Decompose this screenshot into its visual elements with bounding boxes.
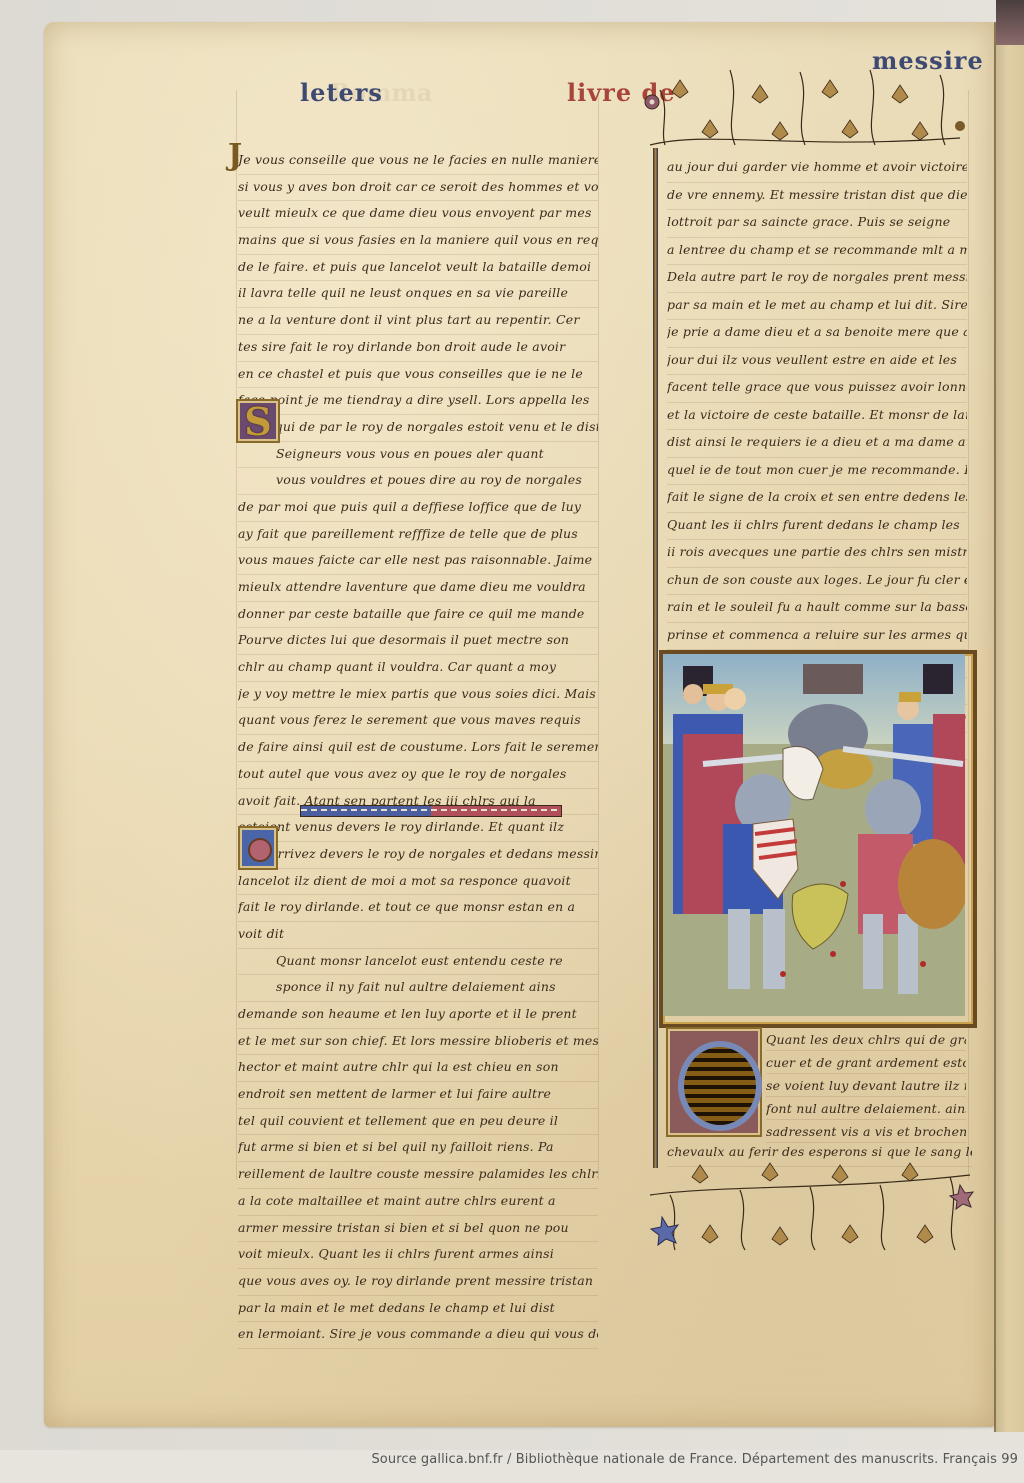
text-line: que vous aves oy. le roy dirlande prent … [238,1269,598,1296]
text-line: et le met sur son chief. Et lors messire… [238,1029,598,1056]
text-line: endroit sen mettent de larmer et lui fai… [238,1082,598,1109]
text-line: estoient venus devers le roy dirlande. E… [238,815,598,842]
text-line: rain et le souleil fu a hault comme sur … [667,595,967,623]
text-line: Pourve dictes lui que desormais il puet … [238,628,598,655]
text-line: dist ainsi le requiers ie a dieu et a ma… [667,430,967,458]
text-line: tout autel que vous avez oy que le roy d… [238,762,598,789]
decorated-initial-s: S [236,399,280,443]
text-line: donner par ceste bataille que faire ce q… [238,602,598,629]
text-line: il lavra telle quil ne leust onques en s… [238,281,598,308]
decorated-initial-q [238,826,278,870]
rosette-icon [248,838,272,862]
text-line: de par moi que puis quil a deffiese loff… [238,495,598,522]
text-line: en ce chastel et puis que vous conseille… [238,362,598,389]
text-line: Je vous conseille que vous ne le facies … [238,148,598,175]
text-line: armer messire tristan si bien et si bel … [238,1216,598,1243]
text-line: si vous y aves bon droit car ce seroit d… [238,175,598,202]
floral-border-top [630,60,970,155]
text-line: ay fait que pareillement refffize de tel… [238,522,598,549]
text-line: au jour dui garder vie homme et avoir vi… [667,155,967,183]
source-caption: Source gallica.bnf.fr / Bibliothèque nat… [371,1452,1018,1467]
text-line: mains que si vous fasies en la maniere q… [238,228,598,255]
text-line: Quant monsr lancelot eust entendu ceste … [238,949,598,976]
running-head-left: leters [300,78,383,107]
text-line: fait le signe de la croix et sen entre d… [667,485,967,513]
line-filler-band [300,805,562,817]
text-line: vous vouldres et poues dire au roy de no… [238,468,598,495]
decorated-initial-q-large [666,1027,762,1137]
column-border [653,148,658,1168]
text-line: sponce il ny fait nul aultre delaiement … [238,975,598,1002]
text-line: face point je me tiendray a dire ysell. … [238,388,598,415]
text-line: je y voy mettre le miex partis que vous … [238,682,598,709]
ruling-line [598,90,599,1180]
text-line: veult mieulx ce que dame dieu vous envoy… [238,201,598,228]
text-line: prinse et commenca a reluire sur les arm… [667,623,967,651]
text-line: Dela autre part le roy de norgales prent… [667,265,967,293]
text-line: Quant les ii chlrs furent dedans le cham… [667,513,967,541]
text-line: fait le roy dirlande. et tout ce que mon… [238,895,598,922]
text-line: a lentree du champ et se recommande mlt … [667,238,967,266]
text-line: Quant les deux chlrs qui de grant [766,1028,966,1051]
text-line: quel ie de tout mon cuer je me recommand… [667,458,967,486]
duel-scene [663,654,965,1016]
paragraph-after-miniature: Quant les deux chlrs qui de grant cuer e… [766,1028,966,1143]
text-line: demande son heaume et len luy aporte et … [238,1002,598,1029]
ruling-line [236,90,237,1180]
text-line: voit mieulx. Quant les ii chlrs furent a… [238,1242,598,1269]
text-line: par sa main et le met au champ et lui di… [667,293,967,321]
floral-border-bottom [640,1155,980,1255]
page-shadow [996,0,1024,45]
text-line: lottroit par sa saincte grace. Puis se s… [667,210,967,238]
left-text-column: Je vous conseille que vous ne le facies … [238,148,598,1349]
text-line: et la victoire de ceste bataille. Et mon… [667,403,967,431]
text-line: se voient luy devant lautre ilz ny [766,1074,966,1097]
text-line: tes sire fait le roy dirlande bon droit … [238,335,598,362]
text-line: jour dui ilz vous veullent estre en aide… [667,348,967,376]
text-line: chlrs qui de par le roy de norgales esto… [238,415,598,442]
initial-letter: S [238,401,278,441]
text-line: mieulx attendre laventure que dame dieu … [238,575,598,602]
text-line: de faire ainsi quil est de coustume. Lor… [238,735,598,762]
text-line: en lermoiant. Sire je vous commande a di… [238,1322,598,1349]
text-line: ii rois avecques une partie des chlrs se… [667,540,967,568]
text-line: voit dit [238,922,598,949]
text-line: hector et maint autre chlr qui la est ch… [238,1055,598,1082]
text-line: de le faire. et puis que lancelot veult … [238,255,598,282]
text-line: cuer et de grant ardement estoient [766,1051,966,1074]
text-line: vous maues faicte car elle nest pas rais… [238,548,598,575]
text-line: tel quil couvient et tellement que en pe… [238,1109,598,1136]
text-line: reillement de laultre couste messire pal… [238,1162,598,1189]
text-line: lancelot ilz dient de moi a mot sa respo… [238,869,598,896]
text-line: par la main et le met dedans le champ et… [238,1296,598,1323]
adjacent-page-edge [994,22,1024,1432]
text-line: a la cote maltaillee et maint autre chlr… [238,1189,598,1216]
text-line: de vre ennemy. Et messire tristan dist q… [667,183,967,211]
text-line: fut arme si bien et si bel quil ny faill… [238,1135,598,1162]
checkered-initial-icon [678,1041,762,1131]
text-line: sont arrivez devers le roy de norgales e… [238,842,598,869]
text-line: ne a la venture dont il vint plus tart a… [238,308,598,335]
text-line: Seigneurs vous vous en poues aler quant [238,442,598,469]
text-line: chlr au champ quant il vouldra. Car quan… [238,655,598,682]
miniature-illustration [659,650,977,1028]
text-line: font nul aultre delaiement. ains [766,1097,966,1120]
text-line: chun de son couste aux loges. Le jour fu… [667,568,967,596]
text-line: quant vous ferez le serement que vous ma… [238,708,598,735]
text-line: je prie a dame dieu et a sa benoite mere… [667,320,967,348]
text-line: facent telle grace que vous puissez avoi… [667,375,967,403]
